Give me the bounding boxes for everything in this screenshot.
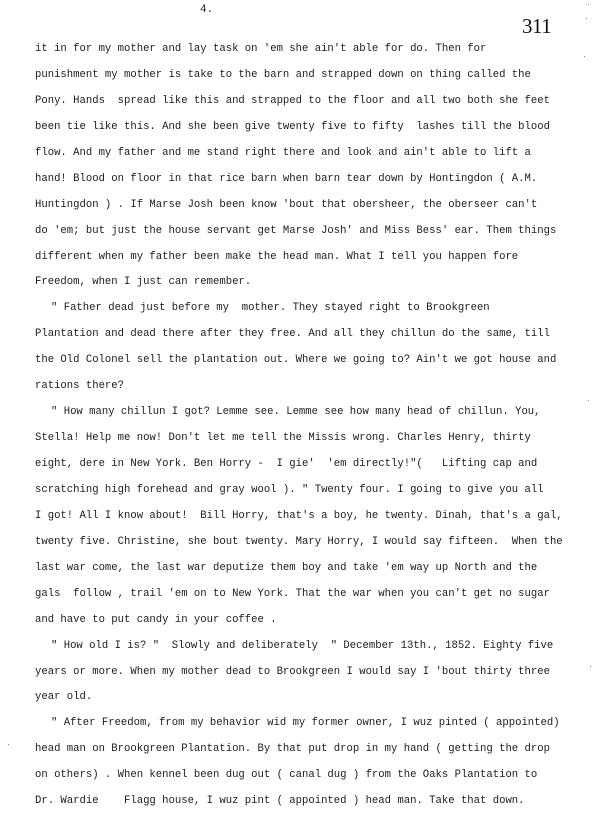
text-line: the Old Colonel sell the plantation out.… [35,348,595,374]
narrative-body: it in for my mother and lay task on 'em … [35,37,595,815]
text-line: flow. And my father and me stand right t… [35,141,595,167]
text-line: last war come, the last war deputize the… [35,556,595,582]
text-line: it in for my mother and lay task on 'em … [35,37,595,63]
scan-speck [588,400,589,401]
text-line: Dr. Wardie Flagg house, I wuz pint ( app… [35,789,595,815]
text-line: years or more. When my mother dead to Br… [35,660,595,686]
text-line: " How old I is? " Slowly and deliberatel… [35,634,595,660]
document-page: 4. 311 it in for my mother and lay task … [0,0,600,826]
text-line: punishment my mother is take to the barn… [35,63,595,89]
text-line: hand! Blood on floor in that rice barn w… [35,167,595,193]
text-line: rations there? [35,374,595,400]
text-line: gals follow , trail 'em on to New York. … [35,582,595,608]
text-line: twenty five. Christine, she bout twenty.… [35,530,595,556]
text-line: do 'em; but just the house servant get M… [35,219,595,245]
text-line: head man on Brookgreen Plantation. By th… [35,737,595,763]
text-line: and have to put candy in your coffee . [35,608,595,634]
text-line: " After Freedom, from my behavior wid my… [35,711,595,737]
scan-speck [8,744,9,745]
text-line: " How many chillun I got? Lemme see. Lem… [35,400,595,426]
text-line: " Father dead just before my mother. The… [35,296,595,322]
scan-speck [588,4,589,5]
text-line: Stella! Help me now! Don't let me tell t… [35,426,595,452]
text-line: on others) . When kennel been dug out ( … [35,763,595,789]
text-line: year old. [35,685,595,711]
text-line: scratching high forehead and gray wool )… [35,478,595,504]
text-line: Huntingdon ) . If Marse Josh been know '… [35,193,595,219]
typed-page-number: 4. [200,4,213,16]
text-line: Freedom, when I just can remember. [35,270,595,296]
scan-speck [586,18,587,19]
text-line: different when my father been make the h… [35,245,595,271]
scan-speck [590,666,591,667]
text-line: Pony. Hands spread like this and strappe… [35,89,595,115]
text-line: eight, dere in New York. Ben Horry - I g… [35,452,595,478]
text-line: Plantation and dead there after they fre… [35,322,595,348]
text-line: I got! All I know about! Bill Horry, tha… [35,504,595,530]
scan-speck [584,56,585,57]
stamped-page-number: 311 [522,14,551,39]
text-line: been tie like this. And she been give tw… [35,115,595,141]
